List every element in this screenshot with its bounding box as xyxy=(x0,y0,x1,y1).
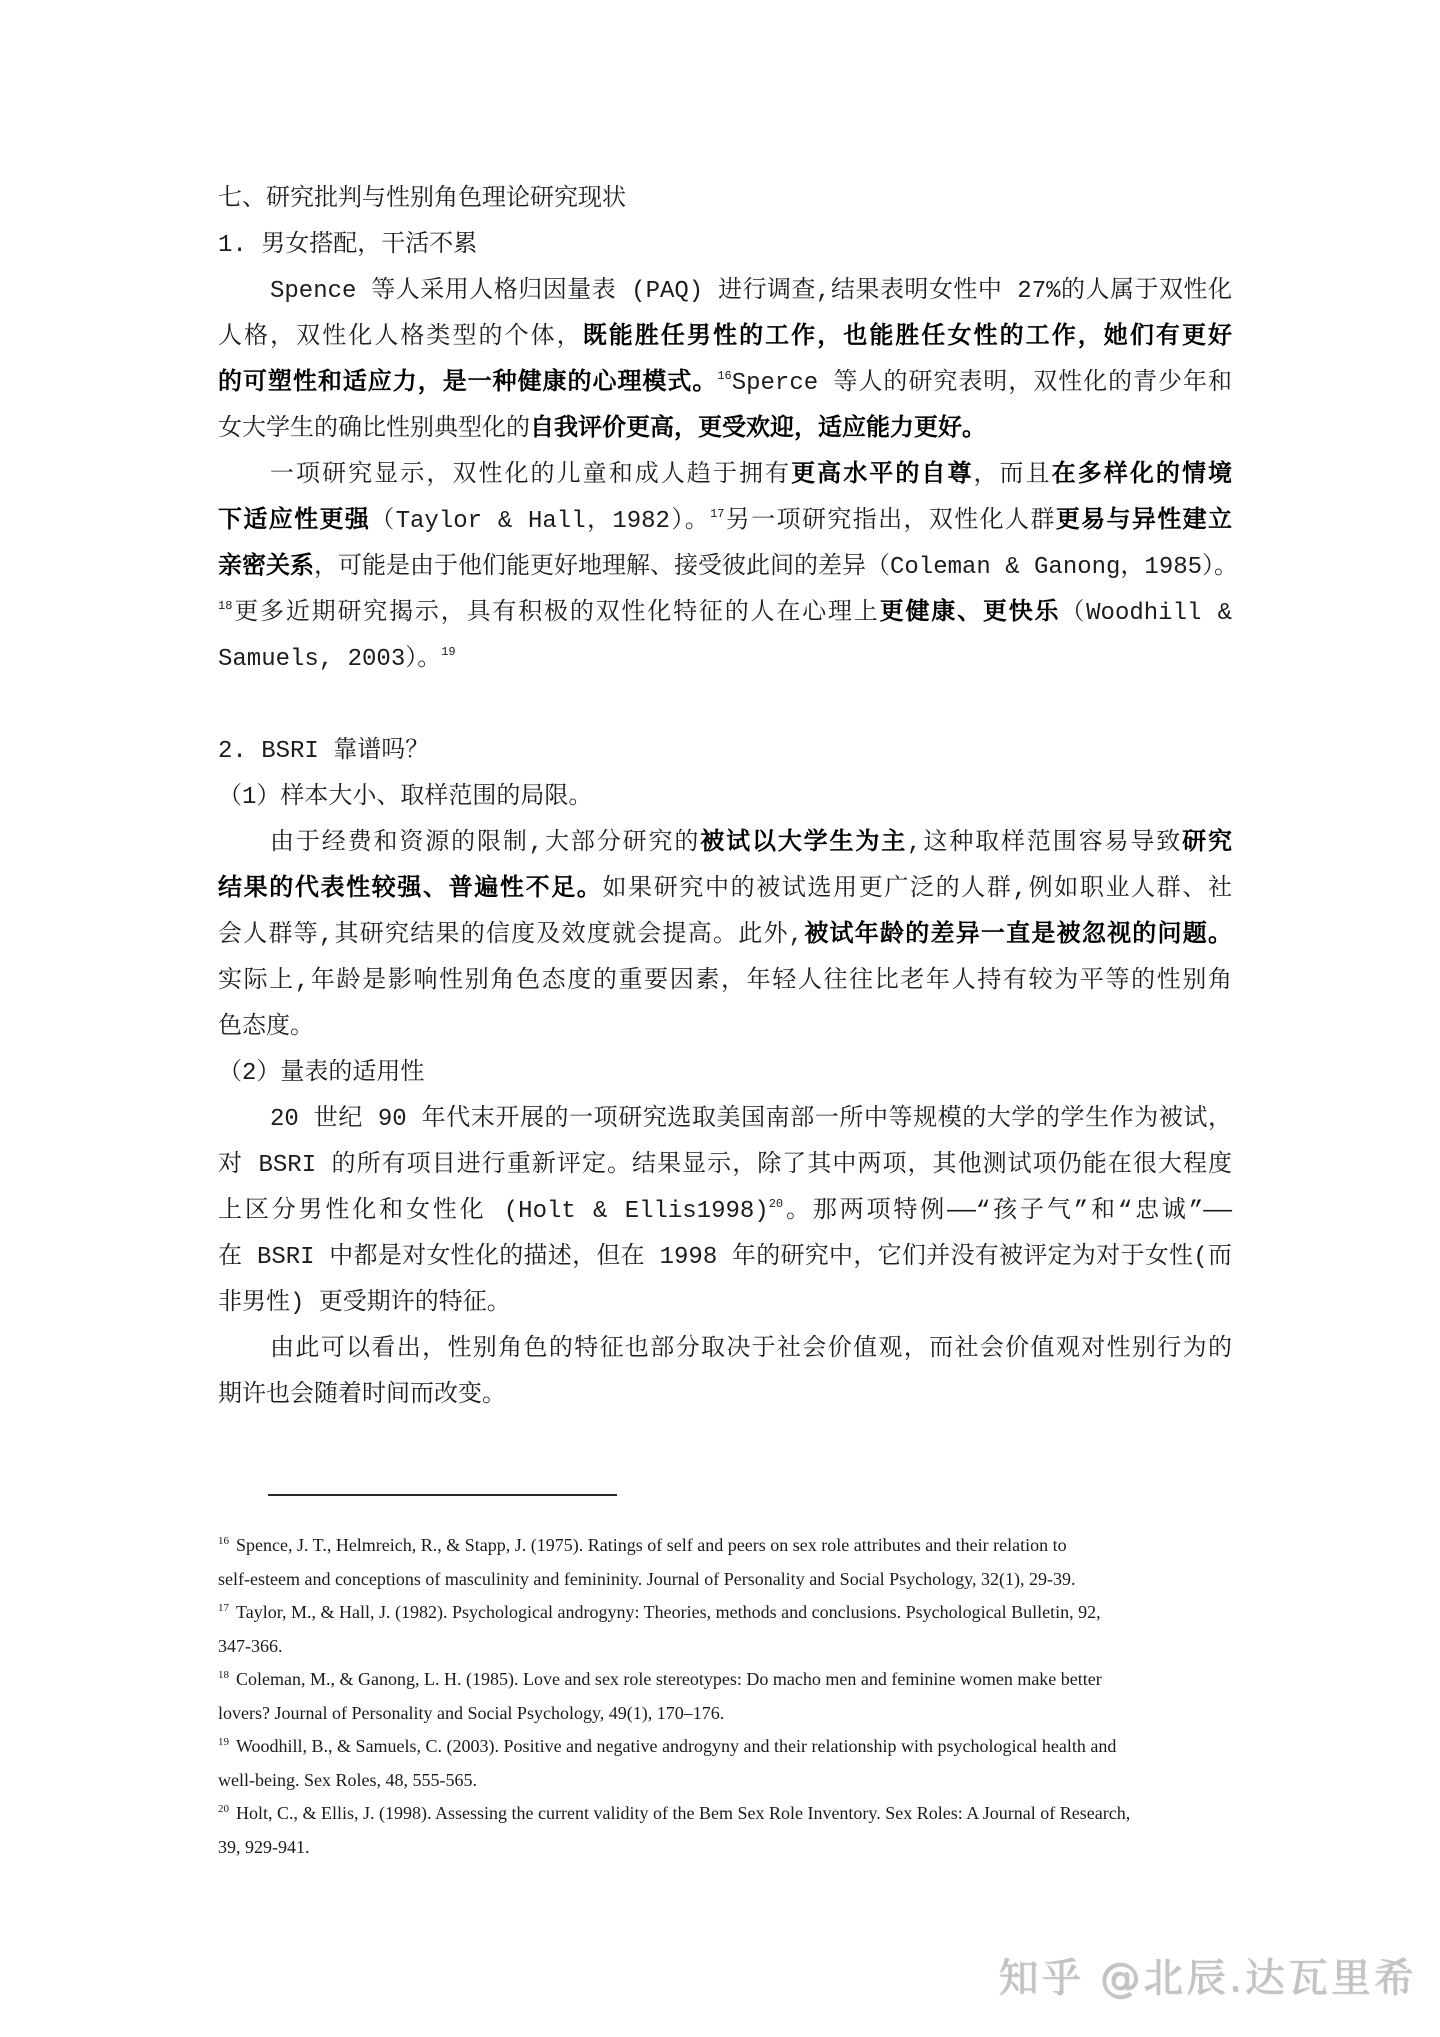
footnote-text: 347-366. xyxy=(218,1636,283,1656)
bold-text: 研究 xyxy=(1182,830,1232,857)
bold-text: 更高水平的自尊 xyxy=(791,462,973,489)
zhihu-watermark: 知乎 @北辰.达瓦里希 xyxy=(998,1956,1416,2000)
footnote-text: Woodhill, B., & Samuels, C. (2003). Posi… xyxy=(236,1736,1116,1756)
footnote-number: 16 xyxy=(218,1535,229,1547)
bold-text: 亲密关系 xyxy=(218,554,314,581)
text-line: 上区分男性化和女性化 (Holt & Ellis1998)20。那两项特例——“… xyxy=(218,1189,1232,1235)
bold-text: 更健康、更快乐 xyxy=(880,600,1061,627)
text-segment: 期许也会随着时间而改变。 xyxy=(218,1382,506,1409)
text-segment: 如果研究中的被试选用更广泛的人群,例如职业人群、社 xyxy=(602,876,1232,903)
text-line: 在 BSRI 中都是对女性化的描述，但在 1998 年的研究中，它们并没有被评定… xyxy=(218,1235,1232,1281)
text-segment: 由于经费和资源的限制,大部分研究的 xyxy=(270,830,700,857)
footnote-19: 19Woodhill, B., & Samuels, C. (2003). Po… xyxy=(218,1730,1228,1797)
footnote-line: 18Coleman, M., & Ganong, L. H. (1985). L… xyxy=(218,1663,1228,1697)
footnote-text: lovers? Journal of Personality and Socia… xyxy=(218,1703,724,1723)
text-segment: 色态度。 xyxy=(218,1014,314,1041)
footnote-text: 39, 929-941. xyxy=(218,1837,310,1857)
text-segment: 上区分男性化和女性化 (Holt & Ellis1998) xyxy=(218,1198,769,1225)
paragraph: 由于经费和资源的限制,大部分研究的被试以大学生为主,这种取样范围容易导致研究 结… xyxy=(218,821,1232,1051)
text-segment: 另一项研究指出，双性化人群 xyxy=(725,508,1056,535)
bold-text: 下适应性更强 xyxy=(218,508,370,535)
text-segment: 20 世纪 90 年代末开展的一项研究选取美国南部一所中等规模的大学的学生作为被… xyxy=(270,1106,1232,1133)
text-line: 色态度。 xyxy=(218,1005,1232,1051)
text-segment: Samuels, 2003）。 xyxy=(218,646,441,673)
text-segment: 女大学生的确比性别典型化的 xyxy=(218,416,530,443)
text-segment: 一项研究显示，双性化的儿童和成人趋于拥有 xyxy=(270,462,791,489)
text-line: 的可塑性和适应力，是一种健康的心理模式。16Sperce 等人的研究表明，双性化… xyxy=(218,361,1232,407)
text-line: Samuels, 2003）。19 xyxy=(218,637,1232,683)
section-heading: 七、研究批判与性别角色理论研究现状 xyxy=(218,177,1232,223)
footnote-line: 16Spence, J. T., Helmreich, R., & Stapp,… xyxy=(218,1529,1228,1563)
footnote-text: Taylor, M., & Hall, J. (1982). Psycholog… xyxy=(236,1602,1101,1622)
text-line: 女大学生的确比性别典型化的自我评价更高，更受欢迎，适应能力更好。 xyxy=(218,407,1232,453)
blank-line xyxy=(218,683,1232,729)
footnote-line: self-esteem and conceptions of masculini… xyxy=(218,1563,1228,1597)
footnote-ref: 20 xyxy=(769,1197,783,1211)
footnote-separator xyxy=(268,1494,617,1496)
footnote-ref: 17 xyxy=(710,507,724,521)
footnote-text: self-esteem and conceptions of masculini… xyxy=(218,1569,1076,1589)
footnote-20: 20Holt, C., & Ellis, J. (1998). Assessin… xyxy=(218,1797,1228,1864)
paragraph: Spence 等人采用人格归因量表 (PAQ) 进行调查,结果表明女性中 27%… xyxy=(218,269,1232,453)
text-segment: （Woodhill & xyxy=(1060,600,1232,627)
footnote-line: 39, 929-941. xyxy=(218,1831,1228,1865)
footnote-16: 16Spence, J. T., Helmreich, R., & Stapp,… xyxy=(218,1529,1228,1596)
bold-text: 被试年龄的差异一直是被忽视的问题。 xyxy=(803,922,1232,949)
footnote-ref: 18 xyxy=(218,599,232,613)
text-segment: 。那两项特例——“孩子气”和“忠诚”—— xyxy=(783,1198,1232,1225)
text-line: 会人群等,其研究结果的信度及效度就会提高。此外,被试年龄的差异一直是被忽视的问题… xyxy=(218,913,1232,959)
text-segment: （Taylor & Hall，1982）。 xyxy=(370,508,710,535)
main-text: 七、研究批判与性别角色理论研究现状 1. 男女搭配，干活不累 Spence 等人… xyxy=(218,177,1232,1419)
footnote-ref: 16 xyxy=(717,369,731,383)
text-line: 人格，双性化人格类型的个体，既能胜任男性的工作，也能胜任女性的工作，她们有更好 xyxy=(218,315,1232,361)
footnote-text: Holt, C., & Ellis, J. (1998). Assessing … xyxy=(236,1803,1130,1823)
text-line: 亲密关系，可能是由于他们能更好地理解、接受彼此间的差异（Coleman & Ga… xyxy=(218,545,1232,591)
footnote-17: 17Taylor, M., & Hall, J. (1982). Psychol… xyxy=(218,1596,1228,1663)
footnote-number: 18 xyxy=(218,1669,229,1681)
footnote-line: 19Woodhill, B., & Samuels, C. (2003). Po… xyxy=(218,1730,1228,1764)
text-line: 由于经费和资源的限制,大部分研究的被试以大学生为主,这种取样范围容易导致研究 xyxy=(218,821,1232,867)
subsection-title: 2. BSRI 靠谱吗？ xyxy=(218,729,1232,775)
bold-text: 被试以大学生为主 xyxy=(700,830,907,857)
text-segment: 会人群等,其研究结果的信度及效度就会提高。此外, xyxy=(218,922,803,949)
footnote-line: lovers? Journal of Personality and Socia… xyxy=(218,1697,1228,1731)
text-line: 对 BSRI 的所有项目进行重新评定。结果显示，除了其中两项，其他测试项仍能在很… xyxy=(218,1143,1232,1189)
footnote-line: well-being. Sex Roles, 48, 555-565. xyxy=(218,1764,1228,1798)
text-segment: 在 BSRI 中都是对女性化的描述，但在 1998 年的研究中，它们并没有被评定… xyxy=(218,1244,1232,1271)
footnote-number: 19 xyxy=(218,1736,229,1748)
footnote-18: 18Coleman, M., & Ganong, L. H. (1985). L… xyxy=(218,1663,1228,1730)
text-line: Spence 等人采用人格归因量表 (PAQ) 进行调查,结果表明女性中 27%… xyxy=(218,269,1232,315)
text-line: 下适应性更强（Taylor & Hall，1982）。17另一项研究指出，双性化… xyxy=(218,499,1232,545)
text-line: 实际上,年龄是影响性别角色态度的重要因素，年轻人往往比老年人持有较为平等的性别角 xyxy=(218,959,1232,1005)
text-line: 非男性) 更受期许的特征。 xyxy=(218,1281,1232,1327)
footnote-text: Spence, J. T., Helmreich, R., & Stapp, J… xyxy=(236,1535,1067,1555)
text-line: 期许也会随着时间而改变。 xyxy=(218,1373,1232,1419)
footnotes: 16Spence, J. T., Helmreich, R., & Stapp,… xyxy=(218,1529,1228,1864)
text-segment: Sperce 等人的研究表明，双性化的青少年和 xyxy=(732,370,1232,397)
paragraph: 一项研究显示，双性化的儿童和成人趋于拥有更高水平的自尊，而且在多样化的情境 下适… xyxy=(218,453,1232,683)
text-line: 20 世纪 90 年代末开展的一项研究选取美国南部一所中等规模的大学的学生作为被… xyxy=(218,1097,1232,1143)
text-segment: 非男性) 更受期许的特征。 xyxy=(218,1290,511,1317)
text-line: 结果的代表性较强、普遍性不足。如果研究中的被试选用更广泛的人群,例如职业人群、社 xyxy=(218,867,1232,913)
text-line: 一项研究显示，双性化的儿童和成人趋于拥有更高水平的自尊，而且在多样化的情境 xyxy=(218,453,1232,499)
text-segment: 由此可以看出，性别角色的特征也部分取决于社会价值观，而社会价值观对性别行为的 xyxy=(270,1336,1232,1363)
footnote-text: well-being. Sex Roles, 48, 555-565. xyxy=(218,1770,477,1790)
bold-text: 在多样化的情境 xyxy=(1052,462,1232,489)
subsection-title: 1. 男女搭配，干活不累 xyxy=(218,223,1232,269)
text-segment: 对 BSRI 的所有项目进行重新评定。结果显示，除了其中两项，其他测试项仍能在很… xyxy=(218,1152,1232,1179)
footnote-text: Coleman, M., & Ganong, L. H. (1985). Lov… xyxy=(236,1669,1102,1689)
footnote-line: 20Holt, C., & Ellis, J. (1998). Assessin… xyxy=(218,1797,1228,1831)
bold-text: 更易与异性建立 xyxy=(1056,508,1232,535)
bold-text: 自我评价更高，更受欢迎，适应能力更好。 xyxy=(530,416,986,443)
bold-text: 结果的代表性较强、普遍性不足。 xyxy=(218,876,602,903)
text-segment: Spence 等人采用人格归因量表 (PAQ) 进行调查,结果表明女性中 27%… xyxy=(270,278,1232,305)
subsection-subtitle: （1）样本大小、取样范围的局限。 xyxy=(218,775,1232,821)
text-line: 由此可以看出，性别角色的特征也部分取决于社会价值观，而社会价值观对性别行为的 xyxy=(218,1327,1232,1373)
bold-text: 的可塑性和适应力，是一种健康的心理模式。 xyxy=(218,370,717,397)
bold-text: 既能胜任男性的工作，也能胜任女性的工作，她们有更好 xyxy=(583,324,1232,351)
text-segment: 实际上,年龄是影响性别角色态度的重要因素，年轻人往往比老年人持有较为平等的性别角 xyxy=(218,968,1232,995)
text-segment: ,这种取样范围容易导致 xyxy=(907,830,1182,857)
document-page: 七、研究批判与性别角色理论研究现状 1. 男女搭配，干活不累 Spence 等人… xyxy=(0,0,1440,2037)
footnote-ref: 19 xyxy=(441,645,455,659)
text-segment: 人格，双性化人格类型的个体， xyxy=(218,324,583,351)
footnote-line: 347-366. xyxy=(218,1630,1228,1664)
text-segment: ，而且 xyxy=(974,462,1052,489)
footnote-number: 20 xyxy=(218,1803,229,1815)
footnote-line: 17Taylor, M., & Hall, J. (1982). Psychol… xyxy=(218,1596,1228,1630)
text-segment: 更多近期研究揭示，具有积极的双性化特征的人在心理上 xyxy=(232,600,879,627)
paragraph: 20 世纪 90 年代末开展的一项研究选取美国南部一所中等规模的大学的学生作为被… xyxy=(218,1097,1232,1327)
subsection-subtitle: （2）量表的适用性 xyxy=(218,1051,1232,1097)
paragraph: 由此可以看出，性别角色的特征也部分取决于社会价值观，而社会价值观对性别行为的 期… xyxy=(218,1327,1232,1419)
text-segment: ，可能是由于他们能更好地理解、接受彼此间的差异（Coleman & Ganong… xyxy=(314,554,1238,581)
text-line: 18更多近期研究揭示，具有积极的双性化特征的人在心理上更健康、更快乐（Woodh… xyxy=(218,591,1232,637)
footnote-number: 17 xyxy=(218,1602,229,1614)
